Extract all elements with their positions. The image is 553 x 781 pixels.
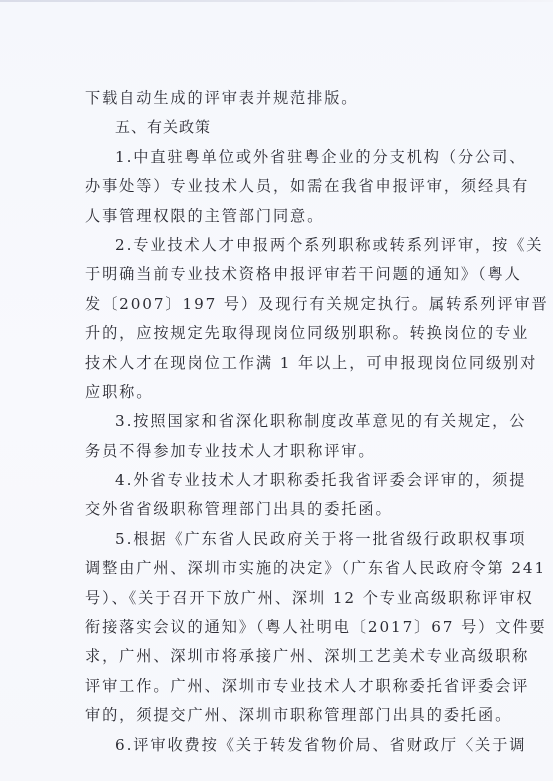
section-heading: 五、有关政策 bbox=[85, 113, 469, 142]
paragraph-line: 发〔2007〕197 号）及现行有关规定执行。属转系列评审晋 bbox=[85, 290, 469, 319]
paragraph-line: 衔接落实会议的通知》（粤人社明电〔2017〕67 号）文件要 bbox=[85, 613, 469, 642]
paragraph-line: 于明确当前专业技术资格申报评审若干问题的通知》（粤人 bbox=[85, 260, 469, 289]
document-page: 下载自动生成的评审表并规范排版。 五、有关政策 1.中直驻粤单位或外省驻粤企业的… bbox=[0, 0, 553, 781]
paragraph-line: 审的，须提交广州、深圳市职称管理部门出具的委托函。 bbox=[85, 701, 469, 730]
paragraph-line: 号）、《关于召开下放广州、深圳 12 个专业高级职称评审权 bbox=[85, 584, 469, 613]
paragraph-line: 交外省省级职称管理部门出具的委托函。 bbox=[85, 495, 469, 524]
page-top-edge bbox=[0, 0, 553, 2]
paragraph-line: 4.外省专业技术人才职称委托我省评委会评审的，须提 bbox=[85, 466, 469, 495]
paragraph-line: 应职称。 bbox=[85, 378, 469, 407]
paragraph-line: 办事处等）专业技术人员，如需在我省申报评审，须经具有 bbox=[85, 172, 469, 201]
paragraph-line: 技术人才在现岗位工作满 1 年以上，可申报现岗位同级别对 bbox=[85, 349, 469, 378]
paragraph-line: 3.按照国家和省深化职称制度改革意见的有关规定，公 bbox=[85, 407, 469, 436]
paragraph-line: 求，广州、深圳市将承接广州、深圳工艺美术专业高级职称 bbox=[85, 642, 469, 671]
paragraph-line: 人事管理权限的主管部门同意。 bbox=[85, 202, 469, 231]
document-body: 下载自动生成的评审表并规范排版。 五、有关政策 1.中直驻粤单位或外省驻粤企业的… bbox=[85, 84, 469, 760]
paragraph-line: 升的，应按规定先取得现岗位同级别职称。转换岗位的专业 bbox=[85, 319, 469, 348]
paragraph-line: 调整由广州、深圳市实施的决定》（广东省人民政府令第 241 bbox=[85, 554, 469, 583]
paragraph-line: 2.专业技术人才申报两个系列职称或转系列评审，按《关 bbox=[85, 231, 469, 260]
paragraph-line: 5.根据《广东省人民政府关于将一批省级行政职权事项 bbox=[85, 525, 469, 554]
paragraph-line: 务员不得参加专业技术人才职称评审。 bbox=[85, 437, 469, 466]
paragraph-line: 下载自动生成的评审表并规范排版。 bbox=[85, 84, 469, 113]
paragraph-line: 1.中直驻粤单位或外省驻粤企业的分支机构（分公司、 bbox=[85, 143, 469, 172]
paragraph-line: 6.评审收费按《关于转发省物价局、省财政厅〈关于调 bbox=[85, 731, 469, 760]
paragraph-line: 评审工作。广州、深圳市专业技术人才职称委托省评委会评 bbox=[85, 672, 469, 701]
